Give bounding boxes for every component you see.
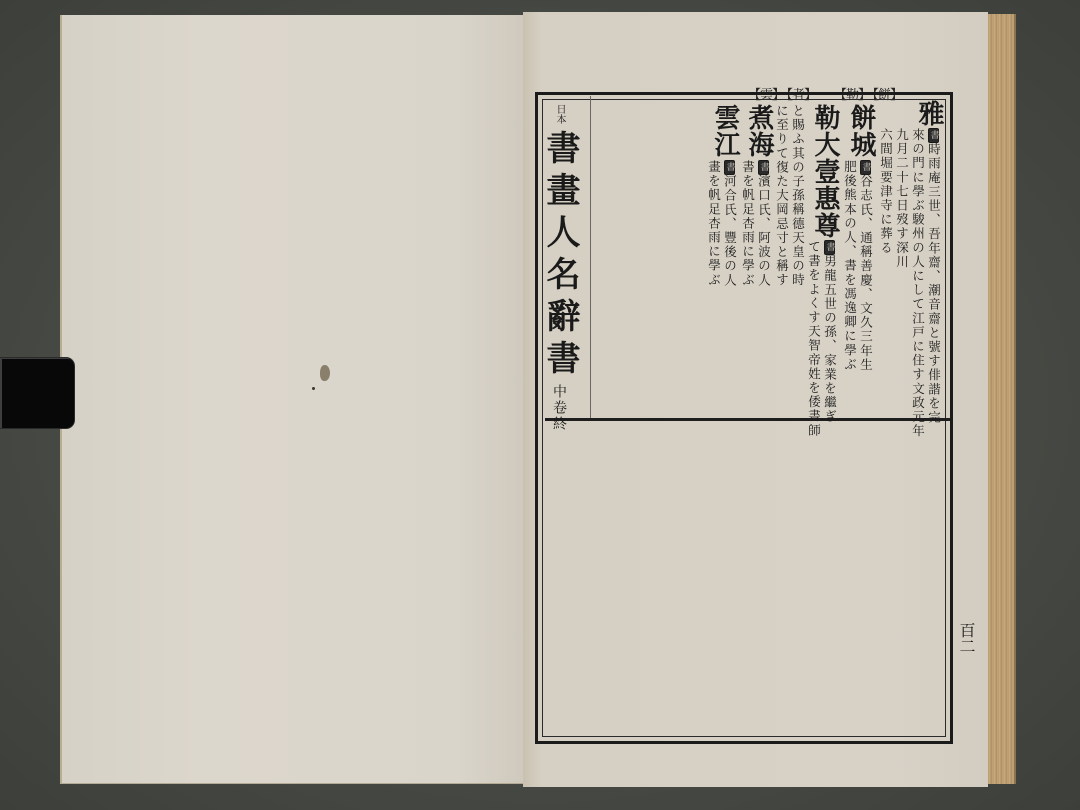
entry-line: 書男龍五世の孫、家業を繼ぎ <box>823 240 836 424</box>
entry-line: 書濱口氏、阿波の人 <box>757 160 770 287</box>
entry-heading: 勒大壹惠尊 <box>812 104 838 239</box>
calligraphy-mark: 書 <box>724 160 735 175</box>
entry-heading: 餅城 <box>848 104 874 158</box>
entry-heading: 雅 <box>916 100 942 127</box>
entry-line: に至りて復た大岡忌寸と稱す <box>775 104 788 287</box>
colophon-divider <box>590 96 591 418</box>
entry-heading: 雲江 <box>712 104 738 158</box>
entry-line: 六間堀要津寺に葬る <box>879 128 892 255</box>
volume-end-label: 中卷終 <box>552 384 566 432</box>
entry-text: 時雨庵三世、吾年齋、潮音齋と號す俳諧を完 <box>927 143 942 425</box>
calligraphy-mark: 書 <box>928 128 939 143</box>
book-fore-edge <box>988 14 1016 784</box>
entry-line: と賜ふ其の子孫稱德天皇の時 <box>791 104 804 287</box>
entry-line: 肥後熊本の人、書を馮逸卿に學ぶ <box>843 160 856 372</box>
entry-line: 畫を帆足杏雨に學ぶ <box>707 160 720 287</box>
entry-text: 男龍五世の孫、家業を繼ぎ <box>823 255 838 424</box>
entry-line: 書時雨庵三世、吾年齋、潮音齋と號す俳諧を完 <box>927 128 940 425</box>
entry-line: 書谷志氏、通稱善慶、文久三年生 <box>859 160 872 372</box>
colophon-label: 日本 <box>554 104 564 124</box>
entry-text: 濱口氏、阿波の人 <box>757 175 772 288</box>
horizontal-divider <box>545 418 950 421</box>
entry-heading: 煮海 <box>746 104 772 158</box>
book-title: 書畫人名辭書 <box>543 130 577 382</box>
entry-line: 書を帆足杏雨に學ぶ <box>741 160 754 287</box>
entry-text: 河合氏、豐後の人 <box>723 175 738 288</box>
entry-line: 來の門に學ぶ駿州の人にして江戸に住す文政元年 <box>911 128 924 438</box>
bookmark-tab <box>0 358 74 428</box>
calligraphy-mark: 書 <box>824 240 835 255</box>
entry-line: 書河合氏、豐後の人 <box>723 160 736 287</box>
calligraphy-mark: 書 <box>860 160 871 175</box>
left-page-blank <box>60 15 525 783</box>
page-number: 百二 <box>958 622 974 654</box>
entry-line: 九月二十七日歿す深川 <box>895 128 908 269</box>
entry-line: て書をよくす天智帝姓を倭書師 <box>807 240 820 437</box>
calligraphy-mark: 書 <box>758 160 769 175</box>
paper-stain <box>320 365 330 381</box>
entry-text: 谷志氏、通稱善慶、文久三年生 <box>859 175 874 372</box>
paper-speck <box>312 387 315 390</box>
